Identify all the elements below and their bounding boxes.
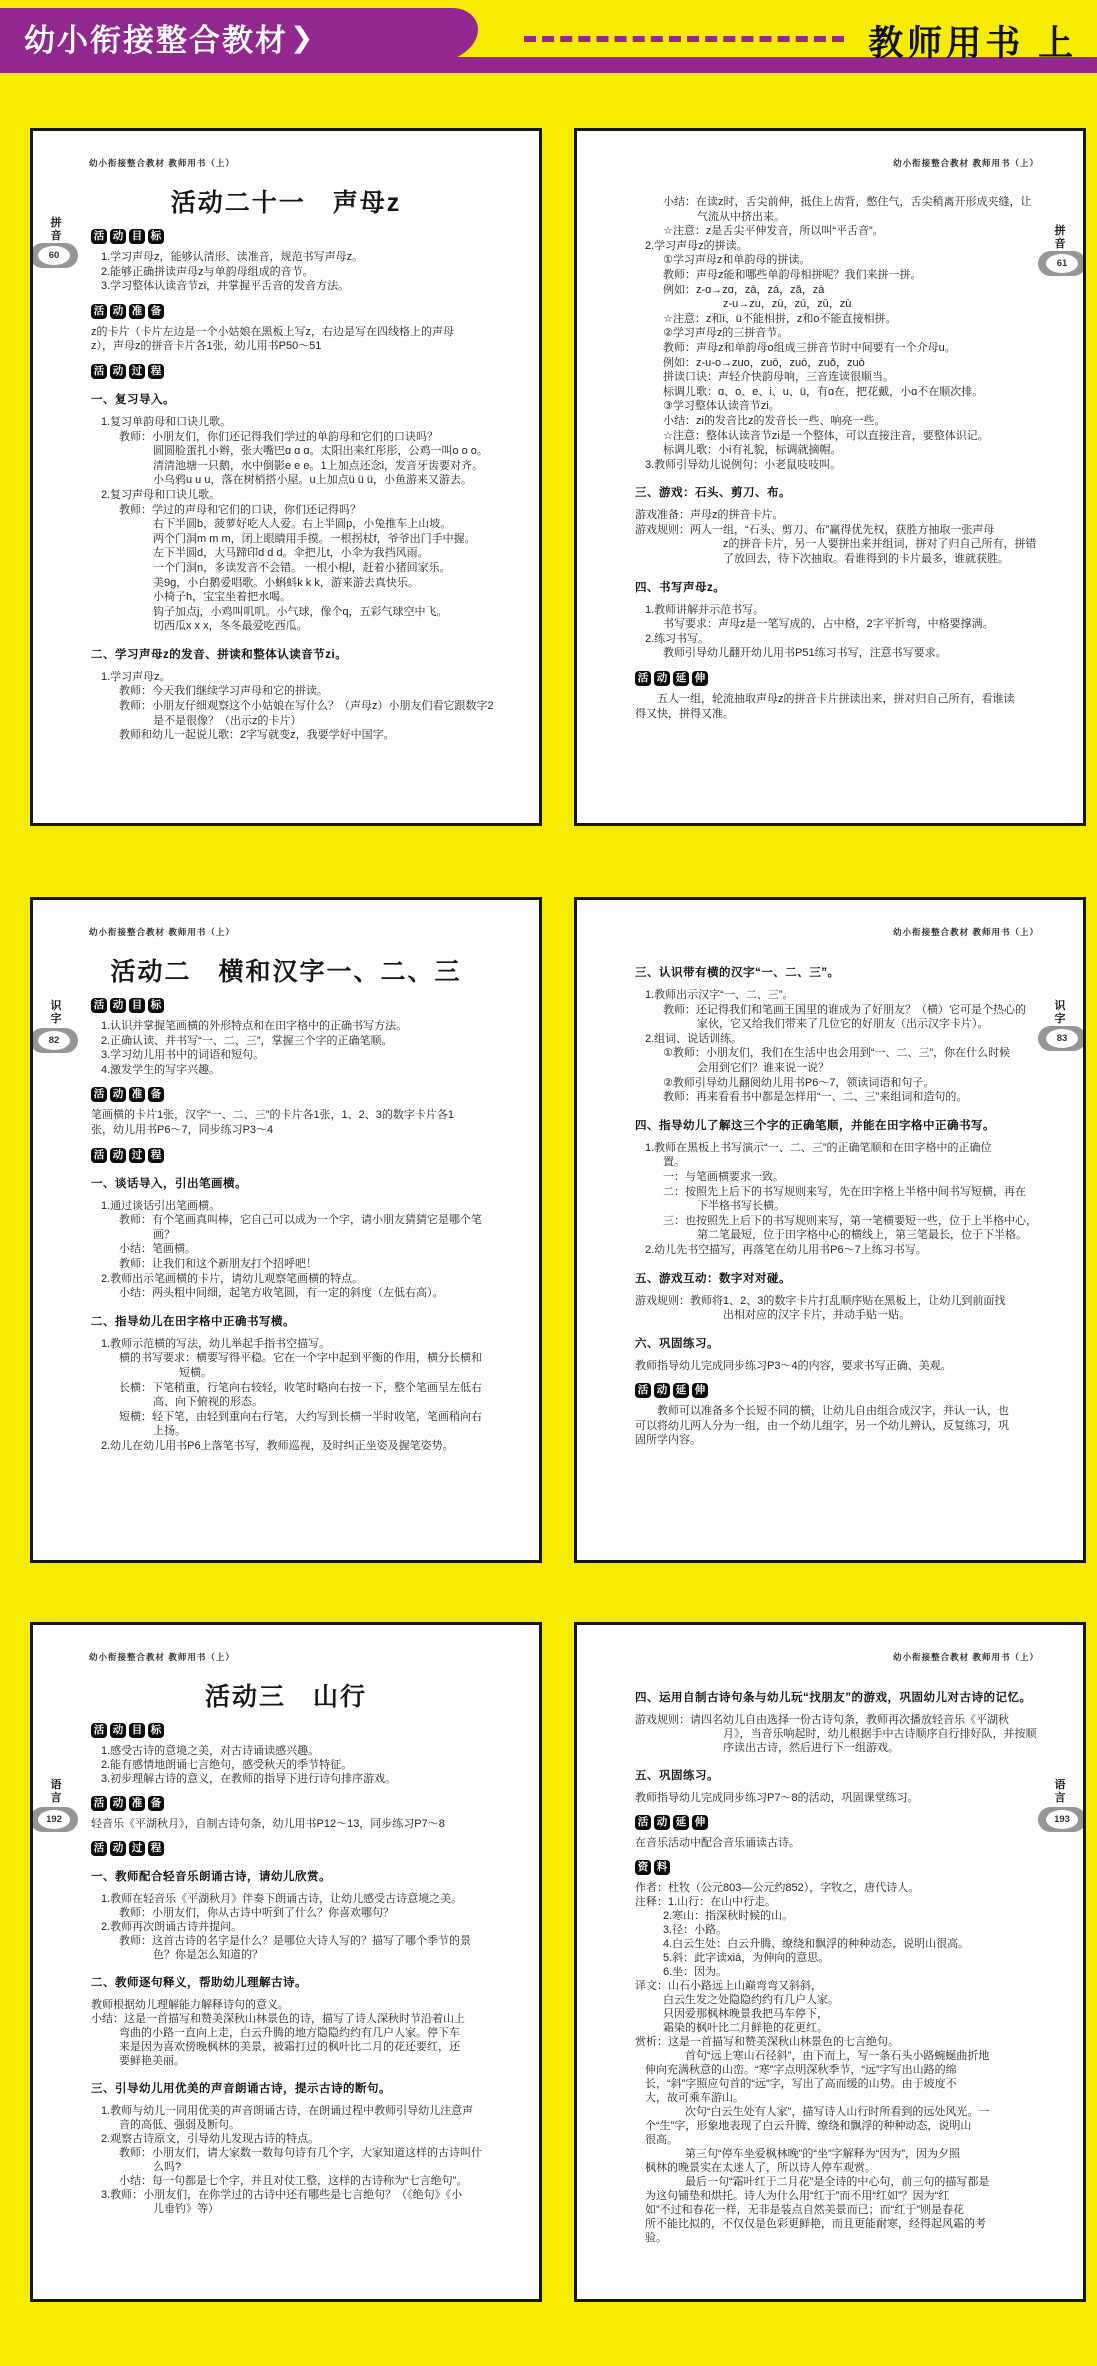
body-line: 游戏规则：请四名幼儿自由选择一份古诗句条，教师再次播放轻音乐《平湖秋 (635, 1713, 1041, 1727)
body-line: 圆圆脸蛋扎小辫，张大嘴巴ɑ ɑ ɑ。太阳出来红彤彤，公鸡一叫o o o。 (91, 444, 497, 459)
body-line: 赏析：这是一首描写和赞美深秋山林景色的七言绝句。 (635, 2035, 1041, 2049)
body-line: 1.复习单韵母和口诀儿歌。 (91, 415, 497, 430)
section-badge-char: 备 (148, 1087, 164, 1102)
body-line: 下半格书写长横。 (635, 1199, 1041, 1214)
body-line: 上扬。 (91, 1424, 497, 1439)
running-head: 幼小衔接整合教材 教师用书（上） (89, 926, 495, 938)
body-line: z的卡片（卡片左边是一个小姑娘在黑板上写z，右边是写在四线格上的声母 (91, 325, 497, 340)
category-tab-label: 拼音 (49, 217, 63, 242)
body-line: 教师：有个笔画真叫棒，它自己可以成为一个字，请小朋友猜猜它是哪个笔 (91, 1213, 497, 1228)
page-body: 四、运用自制古诗句条与幼儿玩“找朋友”的游戏，巩固幼儿对古诗的记忆。游戏规则：请… (635, 1689, 1041, 2245)
book-page-60: 幼小衔接整合教材 教师用书（上） 活动二十一 声母z 活动目标1.学习声母z，能… (30, 128, 542, 826)
page-number-badge: 193 (1038, 1807, 1086, 1832)
body-line: 家伙，它又给我们带来了几位它的好朋友（出示汉字卡片）。 (635, 1017, 1041, 1032)
chevron-right-icon: ❯ (290, 21, 313, 54)
body-line: 月》，当音乐响起时，幼儿根据手中古诗顺序自行排好队，并按顺 (635, 1727, 1041, 1741)
body-line: z-u→zu，zū，zú，zǔ，zù (635, 297, 1041, 312)
body-line: 书写要求：声母z是一笔写成的，占中格，2字平折弯，中格要撑满。 (635, 617, 1041, 632)
book-spread-canvas: { "banner": { "brand": "幼小衔接整合教材", "arro… (0, 0, 1097, 2366)
body-line: 1.教师出示汉字“一、二、三”。 (635, 988, 1041, 1003)
body-line: 1.感受古诗的意境之美，对古诗诵读感兴趣。 (91, 1744, 497, 1758)
body-line: 序读出古诗，然后进行下一组游戏。 (635, 1741, 1041, 1755)
section-badge-char: 过 (129, 1148, 145, 1163)
body-line: 4.白云生处：白云升腾、缭绕和飘浮的种种动态，说明山很高。 (635, 1937, 1041, 1951)
body-line: 伸向充满秋意的山峦。“寒”字点明深秋季节，“远”字写出山路的绵 (635, 2063, 1041, 2077)
body-line: 教师：还记得我们和笔画王国里的谁成为了好朋友？（横）它可是个热心的 (635, 1003, 1041, 1018)
body-line: 译文：山石小路远上山巅弯弯又斜斜， (635, 1979, 1041, 1993)
body-line: 来是因为喜欢傍晚枫林的美景，被霜打过的枫叶比二月的花还要红，还 (91, 2040, 497, 2054)
running-head: 幼小衔接整合教材 教师用书（上） (89, 1651, 495, 1663)
body-line: 游戏准备：声母z的拼音卡片。 (635, 508, 1041, 523)
section-badge-char: 动 (110, 1087, 126, 1102)
body-line: 教师可以准备多个长短不同的横，让幼儿自由组合成汉字，并认一认，也 (635, 1404, 1041, 1419)
category-tab-label: 拼音 (1053, 225, 1067, 250)
body-line: 会用到它们？谁来说一说？ (635, 1061, 1041, 1076)
page-body: 活动目标1.学习声母z，能够认清形、读准音，规范书写声母z。2.能够正确拼读声母… (91, 229, 497, 743)
body-line: 2.教师出示笔画横的卡片，请幼儿观察笔画横的特点。 (91, 1272, 497, 1287)
page-title: 活动三 山行 (33, 1677, 539, 1713)
body-line: ①教师：小朋友们，我们在生活中也会用到“一、二、三”，你在什么时候 (635, 1046, 1041, 1061)
body-line: 2.复习声母和口诀儿歌。 (91, 488, 497, 503)
body-line: 1.教师在黑板上书写演示“一、二、三”的正确笔顺和在田字格中的正确位 (635, 1141, 1041, 1156)
body-line: 横的书写要求：横要写得平稳。它在一个字中起到平衡的作用，横分长横和 (91, 1351, 497, 1366)
section-badge-char: 活 (91, 998, 107, 1013)
body-line: 教师：小朋友们，你们还记得我们学过的单韵母和它们的口诀吗？ (91, 430, 497, 445)
body-line: 2.练习书写。 (635, 632, 1041, 647)
section-badge-char: 活 (91, 304, 107, 319)
body-line: 1.认识并掌握笔画横的外形特点和在田字格中的正确书写方法。 (91, 1019, 497, 1034)
body-line: 1.教师与幼儿一同用优美的声音朗诵古诗，在朗诵过程中教师引导幼儿注意声 (91, 2104, 497, 2118)
body-line: 3.学习整体认读音节zi，并掌握平舌音的发音方法。 (91, 279, 497, 294)
body-line: 第二笔最短，位于田字格中心的横线上，第三笔最长，位于下半格。 (635, 1228, 1041, 1243)
body-line: 1.通过谈话引出笔画横。 (91, 1199, 497, 1214)
section-heading: 一、教师配合轻音乐朗诵古诗，请幼儿欣赏。 (91, 1868, 497, 1884)
body-line: 了放回去，待下次抽取。看谁得到的卡片最多，谁就获胜。 (635, 552, 1041, 567)
page-number-badge: 61 (1038, 251, 1086, 276)
body-line: 拼读口诀：声轻介快韵母响，三音连读很顺当。 (635, 370, 1041, 385)
body-line: 作者：杜牧（公元803—公元约852），字牧之，唐代诗人。 (635, 1881, 1041, 1895)
body-line: 很高。 (635, 2133, 1041, 2147)
section-badge-char: 动 (110, 304, 126, 319)
section-badge-char: 动 (110, 1841, 126, 1856)
body-line: 教师指导幼儿完成同步练习P3～4的内容，要求书写正确、美观。 (635, 1359, 1041, 1374)
section-badge: 活动过程 (91, 1841, 497, 1856)
body-line: 左下半圆d，大马蹄印d d d。伞把儿t，小伞为我挡风雨。 (91, 546, 497, 561)
book-page-83: 幼小衔接整合教材 教师用书（上） 三、认识带有横的汉字“一、二、三”。1.教师出… (574, 897, 1086, 1563)
body-line: 小结：每一句都是七个字，并且对仗工整，这样的古诗称为“七言绝句”。 (91, 2174, 497, 2188)
section-badge: 资料 (635, 1860, 1041, 1875)
section-badge: 活动准备 (91, 1796, 497, 1811)
section-badge-char: 动 (654, 1383, 670, 1398)
section-badge-char: 活 (91, 1087, 107, 1102)
body-line: 切西瓜x x x，冬冬最爱吃西瓜。 (91, 619, 497, 634)
running-head: 幼小衔接整合教材 教师用书（上） (633, 1651, 1039, 1663)
body-line: 1.教师示范横的写法，幼儿举起手指书空描写。 (91, 1337, 497, 1352)
page-number-badge: 60 (30, 243, 78, 268)
section-badge-char: 活 (91, 229, 107, 244)
body-line: 1.学习声母z，能够认清形、读准音，规范书写声母z。 (91, 250, 497, 265)
body-line: 2.能有感情地朗诵七言绝句，感受秋天的季节特征。 (91, 1758, 497, 1772)
body-line: 5.斜：此字读xiá，为伸向的意思。 (635, 1951, 1041, 1965)
body-line: 游戏规则：教师将1、2、3的数字卡片打乱顺序贴在黑板上，让幼儿到前面找 (635, 1294, 1041, 1309)
body-line: ②学习声母z的三拼音节。 (635, 326, 1041, 341)
body-line: 置。 (635, 1155, 1041, 1170)
page-number: 61 (1046, 254, 1078, 273)
body-line: 短横：轻下笔，由轻到重向右行笔，大约写到长横一半时收笔，笔画稍向右 (91, 1410, 497, 1425)
body-line: 二：按照先上后下的书写规则来写，先在田字格上半格中间书写短横，再在 (635, 1185, 1041, 1200)
body-line: 教师：这首古诗的名字是什么？是哪位大诗人写的？描写了哪个季节的景 (91, 1934, 497, 1948)
page-number-badge: 83 (1038, 1026, 1086, 1051)
page-number: 60 (38, 246, 70, 265)
page-title: 活动二十一 声母z (33, 183, 539, 219)
section-heading: 五、游戏互动：数字对对碰。 (635, 1270, 1041, 1286)
body-line: 教师根据幼儿理解能力解释诗句的意义。 (91, 1998, 497, 2012)
body-line: 注释：1.山行：在山中行走。 (635, 1895, 1041, 1909)
section-badge-char: 标 (148, 229, 164, 244)
body-line: 一个门洞n，多读发音不会错。 一根小棍l，赶着小猪回家乐。 (91, 561, 497, 576)
section-badge-char: 活 (635, 671, 651, 686)
section-badge-char: 活 (91, 1841, 107, 1856)
body-line: 小结：在读z时，舌尖前伸，抵住上齿背，憋住气，舌尖稍离开形成夹缝，让 (635, 195, 1041, 210)
section-badge-char: 动 (110, 229, 126, 244)
body-line: 3.教师引导幼儿说例句：小老鼠吱吱叫。 (635, 458, 1041, 473)
section-badge-char: 伸 (692, 1383, 708, 1398)
body-line: 个“生”字，形象地表现了白云升腾、缭绕和飘浮的种种动态，说明山 (635, 2119, 1041, 2133)
body-line: 验。 (635, 2231, 1041, 2245)
body-line: 弯曲的小路一直向上走，白云升腾的地方隐隐约约有几户人家。停下车 (91, 2026, 497, 2040)
running-head: 幼小衔接整合教材 教师用书（上） (633, 926, 1039, 938)
body-line: 在音乐活动中配合音乐诵读古诗。 (635, 1836, 1041, 1850)
page-number: 192 (38, 1810, 70, 1829)
body-line: 1.教师在轻音乐《平湖秋月》伴奏下朗诵古诗，让幼儿感受古诗意境之美。 (91, 1892, 497, 1906)
section-badge-char: 动 (110, 1796, 126, 1811)
body-line: ②教师引导幼儿翻阅幼儿用书P6～7，领读词语和句子。 (635, 1076, 1041, 1091)
section-badge-char: 准 (129, 1087, 145, 1102)
section-badge-char: 动 (654, 1815, 670, 1830)
section-heading: 四、书写声母z。 (635, 579, 1041, 595)
body-line: 1.教师讲解并示范书写。 (635, 603, 1041, 618)
body-line: 为这句铺垫和烘托。诗人为什么用“红于”而不用“红如”？因为“红 (635, 2189, 1041, 2203)
body-line: 2.教师再次朗诵古诗并提问。 (91, 1920, 497, 1934)
body-line: 第三句“停车坐爱枫林晚”的“坐”字解释为“因为”，因为夕照 (635, 2147, 1041, 2161)
body-line: z），声母z的拼音卡片各1张，幼儿用书P50～51 (91, 339, 497, 354)
section-badge-char: 准 (129, 1796, 145, 1811)
section-heading: 四、指导幼儿了解这三个字的正确笔顺，并能在田字格中正确书写。 (635, 1117, 1041, 1133)
section-badge-char: 动 (654, 671, 670, 686)
page-body: 活动目标1.感受古诗的意境之美，对古诗诵读感兴趣。2.能有感情地朗诵七言绝句，感… (91, 1723, 497, 2216)
body-line: 白云生发之处隐隐约约有几户人家。 (635, 1993, 1041, 2007)
section-badge-char: 备 (148, 304, 164, 319)
body-line: 小椅子h，宝宝坐着把水喝。 (91, 590, 497, 605)
body-line: 游戏规则：两人一组，“石头、剪刀、布”赢得优先权，获胜方抽取一张声母 (635, 523, 1041, 538)
body-line: 固所学内容。 (635, 1433, 1041, 1448)
body-line: ☆注意：整体认读音节zi是一个整体，可以直接注音，要整体识记。 (635, 429, 1041, 444)
running-head: 幼小衔接整合教材 教师用书（上） (89, 157, 495, 169)
section-heading: 三、游戏：石头、剪刀、布。 (635, 484, 1041, 500)
section-badge-char: 过 (129, 1841, 145, 1856)
section-badge: 活动准备 (91, 304, 497, 319)
body-line: 大，故可乘车游山。 (635, 2091, 1041, 2105)
body-line: 4.激发学生的写字兴趣。 (91, 1063, 497, 1078)
section-badge-char: 活 (91, 1148, 107, 1163)
section-badge-char: 活 (91, 364, 107, 379)
section-heading: 五、巩固练习。 (635, 1767, 1041, 1783)
body-line: 2.能够正确拼读声母z与单韵母组成的音节。 (91, 265, 497, 280)
section-badge-char: 目 (129, 1723, 145, 1738)
section-badge: 活动过程 (91, 1148, 497, 1163)
body-line: 3.学习幼儿用书中的词语和短句。 (91, 1048, 497, 1063)
body-line: 枫林的晚景实在太迷人了，所以诗人停车观赏。 (635, 2161, 1041, 2175)
body-line: 是不是很像？（出示z的卡片） (91, 714, 497, 729)
brand-logo: 幼小衔接整合教材 ❯ (0, 8, 478, 66)
body-line: 气流从中挤出来。 (635, 210, 1041, 225)
body-line: 2.观察古诗原文，引导幼儿发现古诗的特点。 (91, 2132, 497, 2146)
section-badge-char: 目 (129, 998, 145, 1013)
body-line: 教师：今天我们继续学习声母和它的拼读。 (91, 684, 497, 699)
section-badge-char: 动 (110, 1148, 126, 1163)
body-line: 张，幼儿用书P6～7，同步练习P3～4 (91, 1123, 497, 1138)
page-number-badge: 192 (30, 1807, 78, 1832)
body-line: 教师指导幼儿完成同步练习P7～8的活动，巩固课堂练习。 (635, 1791, 1041, 1805)
section-badge: 活动目标 (91, 998, 497, 1013)
section-badge-char: 活 (91, 1723, 107, 1738)
body-line: 一：与笔画横要求一致。 (635, 1170, 1041, 1185)
section-badge: 活动延伸 (635, 1383, 1041, 1398)
body-line: 最后一句“霜叶红于二月花”是全诗的中心句，前三句的描写都是 (635, 2175, 1041, 2189)
dashed-divider (524, 36, 844, 42)
page-number: 82 (38, 1031, 70, 1050)
book-page-61: 幼小衔接整合教材 教师用书（上） 小结：在读z时，舌尖前伸，抵住上齿背，憋住气，… (574, 128, 1086, 826)
section-heading: 三、认识带有横的汉字“一、二、三”。 (635, 964, 1041, 980)
body-line: 儿垂钓》等） (91, 2202, 497, 2216)
body-line: 只因爱那枫林晚景我把马车停下， (635, 2007, 1041, 2021)
page-number: 83 (1046, 1029, 1078, 1048)
category-tab-label: 识字 (1053, 1000, 1067, 1025)
section-badge-char: 料 (654, 1860, 670, 1875)
body-line: 教师：声母z能和哪些单韵母相拼呢？我们来拼一拼。 (635, 268, 1041, 283)
body-line: 2.幼儿在幼儿用书P6上落笔书写，教师巡视，及时纠正坐姿及握笔姿势。 (91, 1439, 497, 1454)
body-line: 小乌鸦u u u，落在树梢搭小屋。u上加点ü ü ü，小鱼游来又游去。 (91, 473, 497, 488)
section-badge: 活动目标 (91, 229, 497, 244)
page-number-badge: 82 (30, 1028, 78, 1053)
page-title: 活动二 横和汉字一、二、三 (33, 952, 539, 988)
body-line: 所不能比拟的，不仅仅是色彩更鲜艳，而且更能耐寒，经得起风霜的考 (635, 2217, 1041, 2231)
section-badge: 活动目标 (91, 1723, 497, 1738)
body-line: 音的高低、强弱及断句。 (91, 2118, 497, 2132)
section-badge-char: 延 (673, 671, 689, 686)
page-body: 活动目标1.认识并掌握笔画横的外形特点和在田字格中的正确书写方法。2.正确认读、… (91, 998, 497, 1453)
body-line: 教师：学过的声母和它们的口诀，你们还记得吗？ (91, 503, 497, 518)
section-badge-char: 延 (673, 1815, 689, 1830)
body-line: 例如：z-ɑ→zɑ，zā，zá，zǎ，zà (635, 283, 1041, 298)
body-line: 长横：下笔稍重，行笔向右较轻，收笔时略向右按一下，整个笔画呈左低右 (91, 1381, 497, 1396)
body-line: 短横。 (91, 1366, 497, 1381)
body-line: ①学习声母z和单韵母的拼读。 (635, 253, 1041, 268)
section-badge-char: 标 (148, 998, 164, 1013)
body-line: 可以将幼儿两人分为一组，由一个幼儿组字，另一个幼儿辨认，反复练习，巩 (635, 1419, 1041, 1434)
page-number: 193 (1046, 1810, 1078, 1829)
body-line: 画？ (91, 1228, 497, 1243)
book-page-82: 幼小衔接整合教材 教师用书（上） 活动二 横和汉字一、二、三 活动目标1.认识并… (30, 897, 542, 1563)
book-page-192: 幼小衔接整合教材 教师用书（上） 活动三 山行 活动目标1.感受古诗的意境之美，… (30, 1622, 542, 2302)
book-page-193: 幼小衔接整合教材 教师用书（上） 四、运用自制古诗句条与幼儿玩“找朋友”的游戏，… (574, 1622, 1086, 2302)
body-line: ☆注意：z和i、ü不能相拼，z和o不能直接相拼。 (635, 312, 1041, 327)
body-line: 2.学习声母z的拼读。 (635, 239, 1041, 254)
body-line: 轻音乐《平湖秋月》，自制古诗句条，幼儿用书P12～13，同步练习P7～8 (91, 1817, 497, 1831)
body-line: 小结：两头粗中间细，起笔方收笔圆，有一定的斜度（左低右高）。 (91, 1286, 497, 1301)
body-line: z的拼音卡片，另一人要拼出来并组词，拼对了归自己所有，拼错 (635, 537, 1041, 552)
edition-title: 教师用书 上 (868, 16, 1077, 66)
body-line: 2.组词、说话训练。 (635, 1032, 1041, 1047)
body-line: 3.初步理解古诗的意义，在教师的指导下进行诗句排序游戏。 (91, 1772, 497, 1786)
body-line: 如”不过和春花一样，无非是装点自然美景而已；而“红于”则是春花 (635, 2203, 1041, 2217)
body-line: ③学习整体认读音节zi。 (635, 399, 1041, 414)
top-banner: 幼小衔接整合教材 ❯ 教师用书 上 (0, 0, 1097, 82)
body-line: 教师和幼儿一起说儿歌：2字写就变z，我要学好中国字。 (91, 728, 497, 743)
body-line: 6.坐：因为。 (635, 1965, 1041, 1979)
section-heading: 一、谈话导入，引出笔画横。 (91, 1175, 497, 1191)
body-line: 标调儿歌：小i有礼貌，标调就摘帽。 (635, 443, 1041, 458)
body-line: 笔画横的卡片1张，汉字“一、二、三”的卡片各1张，1、2、3的数字卡片各1 (91, 1108, 497, 1123)
section-badge-char: 动 (110, 1723, 126, 1738)
body-line: 例如：z-u-o→zuo，zuō，zuó，zuǒ，zuò (635, 356, 1041, 371)
body-line: 次句“白云生处有人家”，描写诗人山行时所看到的远处风光。一 (635, 2105, 1041, 2119)
body-line: 霜染的枫叶比二月鲜艳的花更红。 (635, 2021, 1041, 2035)
body-line: 五人一组，轮流抽取声母z的拼音卡片拼读出来，拼对归自己所有，看谁读 (635, 692, 1041, 707)
section-heading: 二、教师逐句释义，帮助幼儿理解古诗。 (91, 1974, 497, 1990)
section-badge-char: 动 (110, 364, 126, 379)
body-line: 美9g，小白鹅爱唱歌。小蝌蚪k k k，游来游去真快乐。 (91, 576, 497, 591)
body-line: 2.寒山：指深秋时候的山。 (635, 1909, 1041, 1923)
section-heading: 六、巩固练习。 (635, 1335, 1041, 1351)
body-line: 2.正确认读、并书写“一、二、三”，掌握三个字的正确笔顺。 (91, 1034, 497, 1049)
category-tab-label: 语言 (1053, 1779, 1067, 1804)
body-line: 三：也按照先上后下的书写规则来写，第一笔横要短一些，位于上半格中心， (635, 1214, 1041, 1229)
body-line: 教师：小朋友们，请大家数一数每句诗有几个字，大家知道这样的古诗叫什 (91, 2146, 497, 2160)
body-line: 教师：小朋友仔细观察这个小姑娘在写什么？（声母z）小朋友们看它跟数字2 (91, 699, 497, 714)
section-badge-char: 标 (148, 1723, 164, 1738)
body-line: 教师：小朋友们，你从古诗中听到了什么？你喜欢哪句？ (91, 1906, 497, 1920)
body-line: 钩子加点j，小鸡叫叽叽。小气球，像个q，五彩气球空中飞。 (91, 605, 497, 620)
section-badge-char: 伸 (692, 671, 708, 686)
section-heading: 一、复习导入。 (91, 391, 497, 407)
brand-title: 幼小衔接整合教材 (24, 15, 288, 60)
section-badge-char: 准 (129, 304, 145, 319)
section-heading: 二、指导幼儿在田字格中正确书写横。 (91, 1313, 497, 1329)
body-line: 1.学习声母z。 (91, 670, 497, 685)
category-tab-label: 识字 (49, 1000, 63, 1025)
section-badge: 活动延伸 (635, 1815, 1041, 1830)
body-line: 小结：笔画横。 (91, 1242, 497, 1257)
body-line: 教师：再来看看书中都是怎样用“一、二、三”来组词和造句的。 (635, 1090, 1041, 1105)
body-line: 3.教师：小朋友们，在你学过的古诗中还有哪些是七言绝句？（《绝句》《小 (91, 2188, 497, 2202)
body-line: 得又快，拼得又准。 (635, 707, 1041, 722)
body-line: 2.幼儿先书空描写，再落笔在幼儿用书P6～7上练习书写。 (635, 1243, 1041, 1258)
section-badge-char: 程 (148, 1148, 164, 1163)
section-badge-char: 程 (148, 364, 164, 379)
section-badge-char: 资 (635, 1860, 651, 1875)
body-line: 小结：这是一首描写和赞美深秋山林景色的诗，描写了诗人深秋时节沿着山上 (91, 2012, 497, 2026)
body-line: 长，“斜”字照应句首的“远”字，写出了高而缓的山势。由于坡度不 (635, 2077, 1041, 2091)
category-tab-label: 语言 (49, 1779, 63, 1804)
body-line: ☆注意：z是舌尖平伸发音，所以叫“平舌音”。 (635, 224, 1041, 239)
section-badge: 活动过程 (91, 364, 497, 379)
body-line: 小结：zi的发音比z的发音长一些、响亮一些。 (635, 414, 1041, 429)
section-badge-char: 延 (673, 1383, 689, 1398)
body-line: 要鲜艳美丽。 (91, 2054, 497, 2068)
section-heading: 四、运用自制古诗句条与幼儿玩“找朋友”的游戏，巩固幼儿对古诗的记忆。 (635, 1689, 1041, 1705)
section-badge-char: 伸 (692, 1815, 708, 1830)
section-badge-char: 过 (129, 364, 145, 379)
section-badge-char: 备 (148, 1796, 164, 1811)
section-heading: 二、学习声母z的发音、拼读和整体认读音节zi。 (91, 646, 497, 662)
section-badge: 活动准备 (91, 1087, 497, 1102)
body-line: 教师：让我们和这个新朋友打个招呼吧！ (91, 1257, 497, 1272)
body-line: 出相对应的汉字卡片，并动手贴一贴。 (635, 1308, 1041, 1323)
section-badge-char: 目 (129, 229, 145, 244)
body-line: 两个门洞m m m，闭上眼睛用手摸。一根拐杖f，爷爷出门手中握。 (91, 532, 497, 547)
section-heading: 三、引导幼儿用优美的声音朗诵古诗，提示古诗的断句。 (91, 2080, 497, 2096)
section-badge-char: 动 (110, 998, 126, 1013)
body-line: 3.径：小路。 (635, 1923, 1041, 1937)
page-body: 小结：在读z时，舌尖前伸，抵住上齿背，憋住气，舌尖稍离开形成夹缝，让气流从中挤出… (635, 195, 1041, 721)
body-line: 高、向下俯视的形态。 (91, 1395, 497, 1410)
body-line: 清清池塘一只鹅，水中倒影e e e。1上加点还念i，发音牙齿要对齐。 (91, 459, 497, 474)
section-badge-char: 程 (148, 1841, 164, 1856)
page-body: 三、认识带有横的汉字“一、二、三”。1.教师出示汉字“一、二、三”。教师：还记得… (635, 964, 1041, 1448)
body-line: 教师：声母z和单韵母o组成三拼音节时中间要有一个介母u。 (635, 341, 1041, 356)
section-badge-char: 活 (635, 1815, 651, 1830)
body-line: 么吗? (91, 2160, 497, 2174)
running-head: 幼小衔接整合教材 教师用书（上） (633, 157, 1039, 169)
body-line: 色？你是怎么知道的？ (91, 1948, 497, 1962)
body-line: 右下半圆b，菠萝好吃人人爱。右上半圆p，小兔推车上山坡。 (91, 517, 497, 532)
section-badge-char: 活 (91, 1796, 107, 1811)
body-line: 教师引导幼儿翻开幼儿用书P51练习书写，注意书写要求。 (635, 646, 1041, 661)
section-badge-char: 活 (635, 1383, 651, 1398)
body-line: 标调儿歌：ɑ、o、e、i、u、ü，有ɑ在，把花戴，小ɑ不在顺次排。 (635, 385, 1041, 400)
body-line: 首句“远上寒山石径斜”，由下而上，写一条石头小路蜿蜒曲折地 (635, 2049, 1041, 2063)
section-badge: 活动延伸 (635, 671, 1041, 686)
